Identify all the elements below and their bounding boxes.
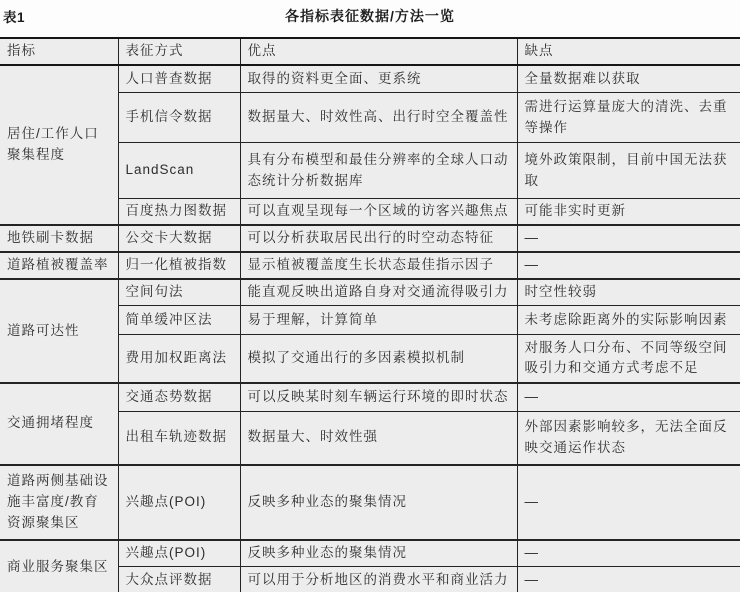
indicator-cell: 道路可达性 — [0, 279, 118, 382]
pros-cell: 可以用于分析地区的消费水平和商业活力 — [240, 567, 517, 592]
indicator-cell: 地铁刷卡数据 — [0, 225, 118, 252]
pros-cell: 易于理解，计算简单 — [240, 306, 517, 335]
table-row: 道路可达性 空间句法 能直观反映出道路自身对交通流得吸引力 时空性较弱 — [0, 279, 740, 305]
table-row: 地铁刷卡数据 公交卡大数据 可以分析获取居民出行的时空动态特征 — — [0, 225, 740, 252]
table-row: 道路植被覆盖率 归一化植被指数 显示植被覆盖度生长状态最佳指示因子 — — [0, 252, 740, 279]
pros-cell: 反映多种业态的聚集情况 — [240, 540, 517, 567]
method-cell: 费用加权距离法 — [118, 335, 240, 383]
pros-cell: 数据量大、时效性高、出行时空全覆盖性 — [240, 93, 517, 143]
method-cell: 手机信令数据 — [118, 93, 240, 143]
method-cell: 大众点评数据 — [118, 567, 240, 592]
table-row: 居住/工作人口聚集程度 人口普查数据 取得的资料更全面、更系统 全量数据难以获取 — [0, 65, 740, 93]
header-indicator: 指标 — [0, 38, 118, 65]
header-pros: 优点 — [240, 38, 517, 65]
table-row: 商业服务聚集区 兴趣点(POI) 反映多种业态的聚集情况 — — [0, 540, 740, 567]
pros-cell: 显示植被覆盖度生长状态最佳指示因子 — [240, 252, 517, 279]
table-header-row: 指标 表征方式 优点 缺点 — [0, 38, 740, 65]
table-caption-row: 表1 各指标表征数据/方法一览 — [0, 0, 740, 37]
pros-cell: 可以反映某时刻车辆运行环境的即时状态 — [240, 383, 517, 412]
cons-cell: 全量数据难以获取 — [517, 65, 740, 93]
cons-cell: — — [517, 540, 740, 567]
method-cell: 交通态势数据 — [118, 383, 240, 412]
method-cell: 人口普查数据 — [118, 65, 240, 93]
pros-cell: 反映多种业态的聚集情况 — [240, 465, 517, 540]
cons-cell: 时空性较弱 — [517, 279, 740, 305]
cons-cell: — — [517, 225, 740, 252]
document-page: 表1 各指标表征数据/方法一览 指标 表征方式 优点 缺点 居住/工作人口聚集程… — [0, 0, 740, 592]
pros-cell: 具有分布模型和最佳分辨率的全球人口动态统计分析数据库 — [240, 143, 517, 199]
method-cell: 简单缓冲区法 — [118, 306, 240, 335]
pros-cell: 能直观反映出道路自身对交通流得吸引力 — [240, 279, 517, 305]
method-cell: 空间句法 — [118, 279, 240, 305]
cons-cell: 外部因素影响较多，无法全面反映交通运作状态 — [517, 412, 740, 465]
indicator-cell: 道路两侧基础设施丰富度/教育资源聚集区 — [0, 465, 118, 540]
cons-cell: 境外政策限制，目前中国无法获取 — [517, 143, 740, 199]
method-cell: LandScan — [118, 143, 240, 199]
method-cell: 归一化植被指数 — [118, 252, 240, 279]
cons-cell: 未考虑除距离外的实际影响因素 — [517, 306, 740, 335]
header-method: 表征方式 — [118, 38, 240, 65]
indicator-cell: 交通拥堵程度 — [0, 383, 118, 465]
cons-cell: — — [517, 383, 740, 412]
indicators-table: 指标 表征方式 优点 缺点 居住/工作人口聚集程度 人口普查数据 取得的资料更全… — [0, 37, 740, 592]
cons-cell: — — [517, 252, 740, 279]
pros-cell: 模拟了交通出行的多因素模拟机制 — [240, 335, 517, 383]
cons-cell: 需进行运算量庞大的清洗、去重等操作 — [517, 93, 740, 143]
method-cell: 兴趣点(POI) — [118, 465, 240, 540]
cons-cell: 对服务人口分布、不同等级空间吸引力和交通方式考虑不足 — [517, 335, 740, 383]
cons-cell: — — [517, 465, 740, 540]
indicator-cell: 居住/工作人口聚集程度 — [0, 65, 118, 225]
indicator-cell: 商业服务聚集区 — [0, 540, 118, 592]
cons-cell: — — [517, 567, 740, 592]
pros-cell: 可以直观呈现每一个区域的访客兴趣焦点 — [240, 199, 517, 225]
method-cell: 出租车轨迹数据 — [118, 412, 240, 465]
method-cell: 百度热力图数据 — [118, 199, 240, 225]
table-title: 各指标表征数据/方法一览 — [285, 8, 455, 24]
method-cell: 公交卡大数据 — [118, 225, 240, 252]
indicator-cell: 道路植被覆盖率 — [0, 252, 118, 279]
pros-cell: 取得的资料更全面、更系统 — [240, 65, 517, 93]
header-cons: 缺点 — [517, 38, 740, 65]
table-number: 表1 — [3, 6, 25, 26]
pros-cell: 数据量大、时效性强 — [240, 412, 517, 465]
cons-cell: 可能非实时更新 — [517, 199, 740, 225]
table-row: 道路两侧基础设施丰富度/教育资源聚集区 兴趣点(POI) 反映多种业态的聚集情况… — [0, 465, 740, 540]
table-row: 交通拥堵程度 交通态势数据 可以反映某时刻车辆运行环境的即时状态 — — [0, 383, 740, 412]
method-cell: 兴趣点(POI) — [118, 540, 240, 567]
pros-cell: 可以分析获取居民出行的时空动态特征 — [240, 225, 517, 252]
